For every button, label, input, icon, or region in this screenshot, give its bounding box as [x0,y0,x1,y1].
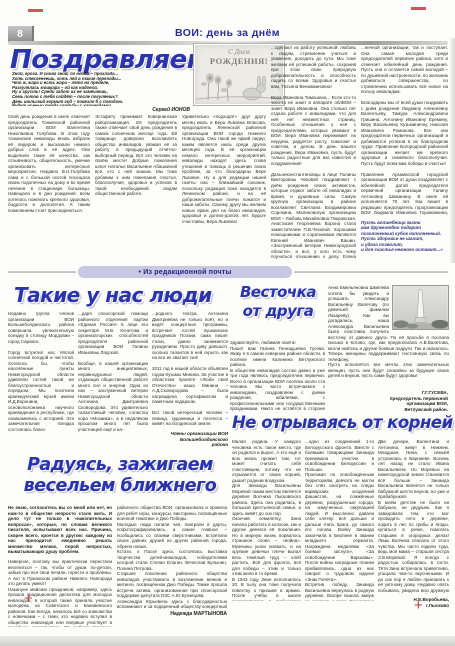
crop-dash-top-right [411,7,426,10]
roots-headline: Не отрываясь от корней [232,413,454,432]
divider-line-right [294,271,448,273]
letter-signature: Г.Г.ГУСЕВА, председатель первичной орган… [330,390,448,412]
section-divider: • Из редакционной почты [78,266,292,278]
crop-cross-bottom-right: + [414,598,423,613]
crop-dash-top-left [28,9,43,12]
roots-column-1: Малая родина. У каждого человека есть та… [232,439,301,601]
letter-column-left: Здравствуйте, любимая газета! Пишет вам … [230,340,325,413]
joy-column-2: районного общества ВОИ, организовала и п… [117,505,227,610]
people-signature: Члены организации ВОИ Большеболдинского … [152,431,228,448]
congrats-column-4: ...сделают их работу успешной: любовь к … [271,45,356,261]
people-column-1: Недавно группа членов организации ВОИ Бо… [8,311,74,453]
page-header-title: ВОИ: день за днём [0,27,455,39]
congrats-column-1: Свой день рождения в июле отмечает предс… [8,114,90,261]
joy-signature: Надежда МАРТЫНОВА [117,612,227,618]
congrats-column-3: Удивительно «подходят» друг другу месяц … [182,114,266,261]
congrats-headline: Поздравляем! [10,45,215,75]
people-headline: Такие у нас люди [14,283,229,307]
newspaper-page: 8 ВОИ: день за днём Поздравляем! С Днем … [0,0,455,646]
people-column-2: ...даря спонсорской помощи районного отд… [78,311,148,453]
congrats-greeting-verse: Пусть волшебница жизни вам дружелюбно по… [361,220,448,252]
people-column-3: ...родного театра. Антонина Дмитриевна н… [152,311,228,429]
roots-column-2: ...одно из соединений 1-го Белорусского … [305,439,374,601]
joy-headline: Радуясь, зажигаем весельем ближнего [12,455,228,498]
congrats-poem-author: Сергей ИОНОВ [60,107,190,113]
congrats-column-5: ...ничной организации, так и поступает. … [361,45,448,261]
footer-strip [0,636,455,646]
crop-cross-bottom-left: + [24,591,33,606]
joy-lead-paragraph: Не знаю, согласитесь вы со мной или нет,… [8,505,112,557]
monument-photo [392,285,449,330]
letter-headline: Весточка от друга [232,283,324,321]
congrats-column-5-text: ...ничной организации, так и поступает. … [361,45,448,217]
roots-column-3: Две дочери, Валентина и Антонина, живут … [378,439,449,594]
congrats-poem: Зной, гроза. И снова зной, по ночам – пр… [12,72,190,106]
congrats-column-2: Эстафету принимает Ковернинская райорган… [95,114,177,261]
page-edge-shadow [449,38,455,263]
divider-line-left [8,271,76,273]
